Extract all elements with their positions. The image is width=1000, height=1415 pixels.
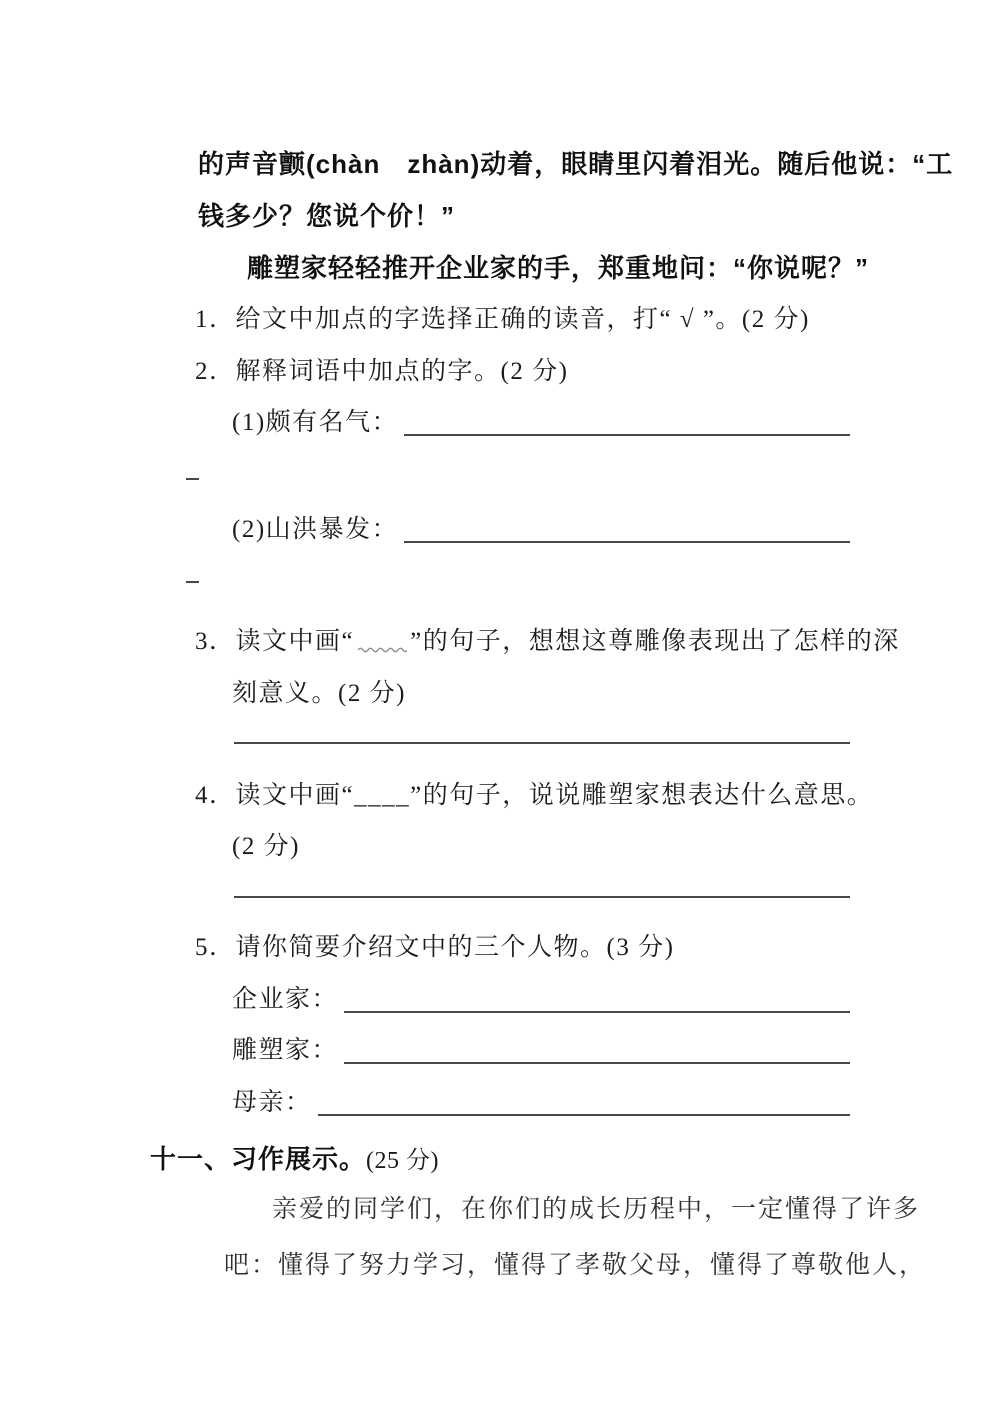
q5-item-2-label: 雕塑家： [232, 1030, 338, 1066]
question-4-line-2: (2 分) [232, 832, 300, 862]
answer-blank [234, 896, 850, 898]
composition-prompt-line-2: 吧：懂得了努力学习，懂得了孝敬父母，懂得了尊敬他人， [224, 1251, 926, 1281]
question-3-suffix: ”的句子，想想这尊雕像表现出了怎样的深 [410, 628, 900, 655]
question-1: 1．给文中加点的字选择正确的读音，打“ √ ”。(2 分) [195, 305, 810, 335]
q2-item-2-row: (2)山洪暴发： [232, 513, 850, 545]
q2-item-1-row: (1)颇有名气： [232, 406, 850, 438]
answer-blank [344, 1062, 850, 1064]
q2-item-1-label: (1)颇有名气： [232, 402, 398, 438]
answer-blank-continuation [186, 478, 199, 480]
wavy-underline-mark [354, 628, 410, 655]
passage-line-2: 钱多少？您说个价！” [198, 201, 455, 232]
q5-item-3-row: 母亲： [232, 1086, 850, 1118]
question-3-line-2: 刻意义。(2 分) [232, 679, 406, 709]
answer-blank [344, 1011, 850, 1013]
passage-line-3: 雕塑家轻轻推开企业家的手，郑重地问：“你说呢？” [247, 253, 869, 284]
section-11-title: 十一、习作展示。 [150, 1144, 366, 1174]
question-4-line-1: 4．读文中画“____”的句子，说说雕塑家想表达什么意思。 [195, 781, 873, 811]
section-11-score: (25 分) [366, 1148, 439, 1174]
question-3-line-1: 3．读文中画“”的句子，想想这尊雕像表现出了怎样的深 [195, 627, 900, 657]
answer-blank [318, 1114, 850, 1116]
answer-blank [404, 541, 850, 543]
q5-item-3-label: 母亲： [232, 1082, 312, 1118]
question-2: 2．解释词语中加点的字。(2 分) [195, 357, 568, 387]
question-5: 5．请你简要介绍文中的三个人物。(3 分) [195, 933, 674, 963]
q5-item-1-row: 企业家： [232, 983, 850, 1015]
q5-item-1-label: 企业家： [232, 979, 338, 1015]
composition-prompt-line-1: 亲爱的同学们，在你们的成长历程中，一定懂得了许多 [272, 1195, 920, 1225]
answer-blank [404, 434, 850, 436]
q2-item-2-label: (2)山洪暴发： [232, 509, 398, 545]
answer-blank-continuation [186, 581, 199, 583]
answer-blank [234, 742, 850, 744]
exam-page: 的声音颤(chàn zhàn)动着，眼睛里闪着泪光。随后他说：“工 钱多少？您说… [0, 0, 1000, 1415]
q5-item-2-row: 雕塑家： [232, 1034, 850, 1066]
passage-line-1: 的声音颤(chàn zhàn)动着，眼睛里闪着泪光。随后他说：“工 [198, 149, 953, 180]
section-11-heading: 十一、习作展示。(25 分) [150, 1144, 439, 1176]
question-3-prefix: 3．读文中画“ [195, 628, 354, 655]
